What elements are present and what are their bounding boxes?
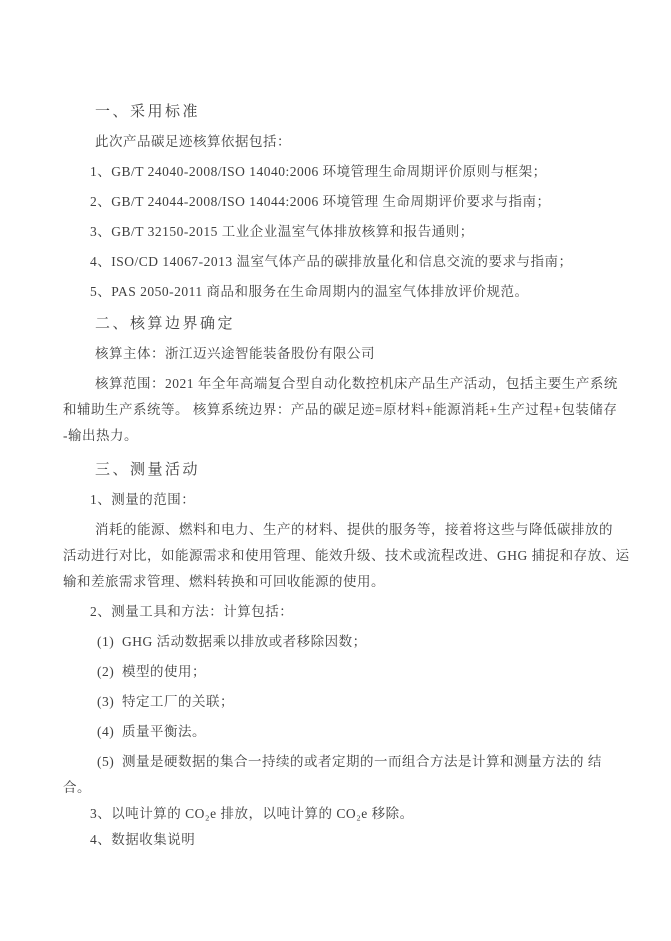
measurement-method-item-5-cont: 合。: [63, 775, 580, 801]
data-collection-title: 4、数据收集说明: [63, 827, 580, 853]
boundary-scope-line-2: 和辅助生产系统等。 核算系统边界：产品的碳足迹=原材料+能源消耗+生产过程+包装…: [63, 397, 580, 423]
measurement-scope-line-2: 活动进行对比，如能源需求和使用管理、能效升级、技术或流程改进、GHG 捕捉和存放…: [63, 543, 580, 569]
measurement-method-item-3: (3) 特定工厂的关联；: [63, 689, 580, 715]
measurement-tools-title: 2、测量工具和方法：计算包括：: [63, 599, 580, 625]
standards-intro: 此次产品碳足迹核算依据包括：: [63, 129, 580, 155]
measurement-method-item-4: (4) 质量平衡法。: [63, 719, 580, 745]
standard-item-5: 5、PAS 2050-2011 商品和服务在生命周期内的温室气体排放评价规范。: [63, 279, 580, 305]
section-heading-standards: 一、采用标准: [63, 99, 580, 125]
measurement-scope-line-3: 输和差旅需求管理、燃料转换和可回收能源的使用。: [63, 569, 580, 595]
standard-item-3: 3、GB/T 32150-2015 工业企业温室气体排放核算和报告通则；: [63, 219, 580, 245]
boundary-scope-line-1: 核算范围：2021 年全年高端复合型自动化数控机床产品生产活动，包括主要生产系统: [63, 371, 580, 397]
document-page: 一、采用标准 此次产品碳足迹核算依据包括： 1、GB/T 24040-2008/…: [0, 0, 671, 941]
standard-item-2: 2、GB/T 24044-2008/ISO 14044:2006 环境管理 生命…: [63, 189, 580, 215]
document-content: 一、采用标准 此次产品碳足迹核算依据包括： 1、GB/T 24040-2008/…: [63, 99, 580, 853]
measurement-method-item-2: (2) 模型的使用；: [63, 659, 580, 685]
boundary-subject-line: 核算主体：浙江迈兴途智能装备股份有限公司: [63, 341, 580, 367]
section-heading-boundary: 二、核算边界确定: [63, 311, 580, 337]
measurement-scope-line-1: 消耗的能源、燃料和电力、生产的材料、提供的服务等，接着将这些与降低碳排放的: [63, 517, 580, 543]
boundary-scope-line-3: -输出热力。: [63, 423, 580, 449]
standard-item-4: 4、ISO/CD 14067-2013 温室气体产品的碳排放量化和信息交流的要求…: [63, 249, 580, 275]
emissions-unit-line: 3、以吨计算的 CO₂e 排放，以吨计算的 CO₂e 移除。: [63, 801, 580, 827]
measurement-method-item-5: (5) 测量是硬数据的集合一持续的或者定期的一而组合方法是计算和测量方法的 结: [63, 749, 580, 775]
section-heading-measurement: 三、测量活动: [63, 457, 580, 483]
measurement-scope-title: 1、测量的范围：: [63, 487, 580, 513]
measurement-method-item-1: (1) GHG 活动数据乘以排放或者移除因数；: [63, 629, 580, 655]
standard-item-1: 1、GB/T 24040-2008/ISO 14040:2006 环境管理生命周…: [63, 159, 580, 185]
